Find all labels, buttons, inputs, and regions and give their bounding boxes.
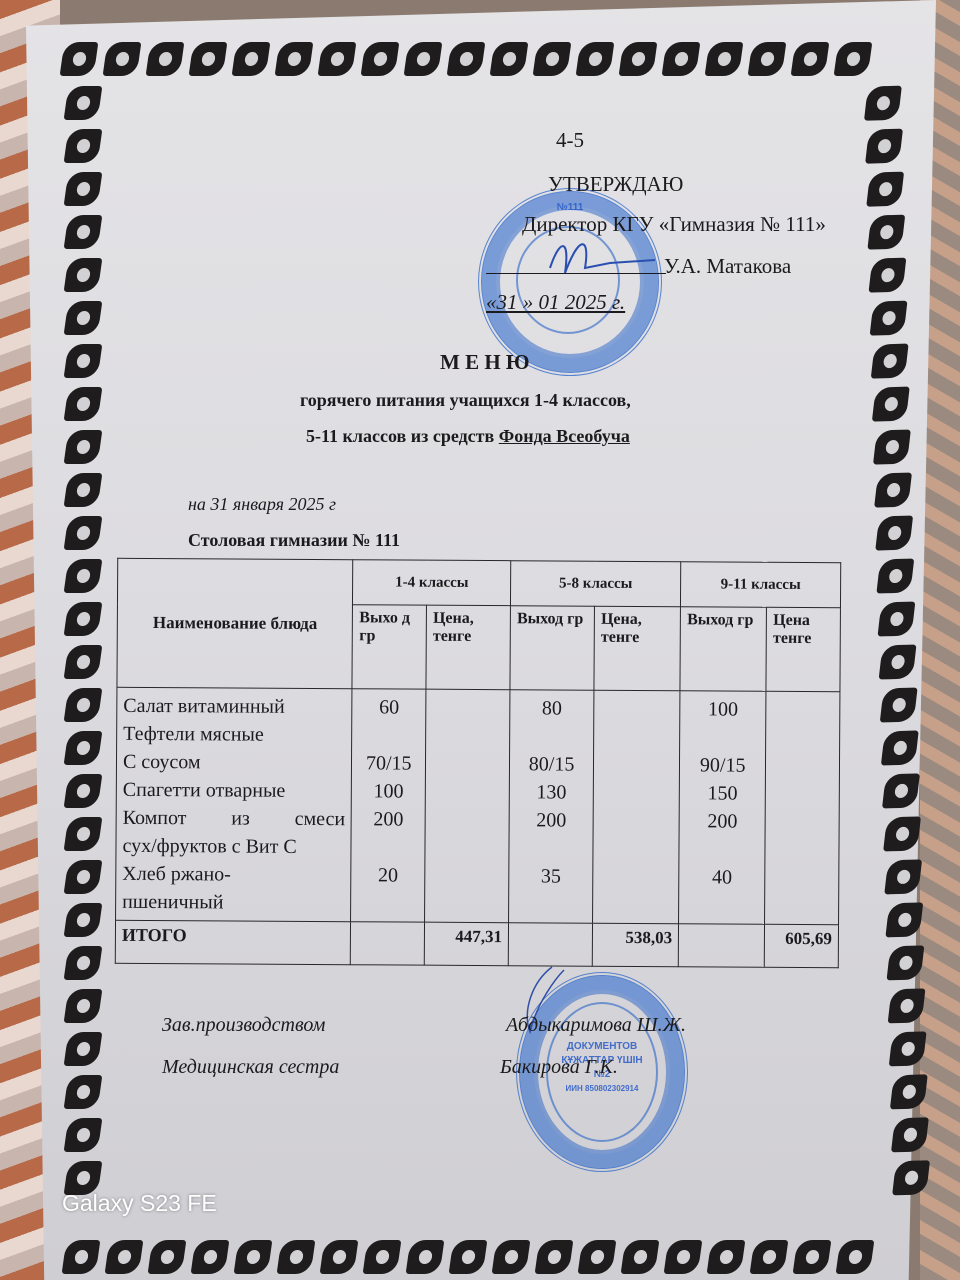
ornament-icon — [64, 559, 103, 593]
table-row-total: ИТОГО 447,31 538,03 605,69 — [115, 920, 838, 967]
yield-value: 150 — [686, 779, 759, 807]
ornament-icon — [64, 258, 103, 292]
ornament-icon — [64, 172, 103, 206]
signature-name-nurse: Бакирова Г.К. — [500, 1056, 618, 1079]
ornament-border-left — [66, 86, 100, 1195]
yield-value — [515, 890, 586, 918]
approval-name: У.А. Матакова — [664, 254, 791, 279]
total-label: ИТОГО — [115, 920, 351, 964]
ornament-icon — [864, 86, 902, 121]
yield-value: 100 — [686, 695, 759, 723]
yield-value — [686, 723, 759, 751]
ornament-icon — [64, 1032, 103, 1066]
ornament-icon — [64, 989, 103, 1023]
ornament-icon — [535, 1240, 574, 1274]
total-5-8: 538,03 — [592, 923, 678, 967]
ornament-icon — [60, 42, 99, 76]
yields-9-11: 100 90/15150200 40 — [679, 691, 767, 925]
ornament-icon — [64, 860, 103, 894]
ornament-icon — [885, 902, 923, 937]
menu-subtitle-1: горячего питания учащихся 1-4 классов, — [300, 390, 631, 411]
ornament-icon — [103, 42, 142, 76]
ornament-icon — [146, 42, 185, 76]
ornament-icon — [836, 1240, 875, 1274]
yield-value: 60 — [359, 693, 420, 721]
ornament-icon — [234, 1240, 273, 1274]
ornament-icon — [406, 1240, 445, 1274]
corner-note: 4-5 — [556, 128, 584, 153]
ornament-icon — [64, 1075, 103, 1109]
menu-date: на 31 января 2025 г — [188, 494, 336, 515]
ornament-icon — [64, 731, 103, 765]
ornament-icon — [662, 42, 701, 76]
ornament-icon — [64, 129, 103, 163]
header-yield-9-11: Выход гр — [680, 607, 767, 692]
yield-value — [686, 835, 759, 863]
yield-value: 200 — [516, 806, 587, 834]
ornament-icon — [404, 42, 443, 76]
header-group-9-11: 9-11 классы — [681, 562, 841, 608]
ornament-icon — [876, 559, 914, 594]
ornament-icon — [64, 602, 103, 636]
yield-value — [358, 889, 419, 917]
yield-value — [516, 722, 587, 750]
yield-value: 100 — [358, 777, 419, 805]
ornament-icon — [576, 42, 615, 76]
ornament-icon — [619, 42, 658, 76]
ornament-icon — [64, 430, 103, 464]
table-row-dishes: Салат витаминный Тефтели мясные С соусом… — [116, 687, 840, 924]
ornament-icon — [890, 1074, 928, 1109]
ornament-icon — [621, 1240, 660, 1274]
ornament-icon — [64, 473, 103, 507]
prices-5-8 — [593, 690, 681, 924]
yield-value: 35 — [515, 862, 586, 890]
ornament-icon — [361, 42, 400, 76]
ornament-icon — [881, 730, 919, 765]
ornament-icon — [870, 301, 908, 336]
prices-9-11 — [765, 691, 840, 924]
ornament-icon — [64, 817, 103, 851]
table-header-row: Наименование блюда 1-4 классы 5-8 классы… — [117, 558, 840, 607]
ornament-icon — [865, 129, 903, 164]
ornament-icon — [275, 42, 314, 76]
ornament-icon — [877, 602, 915, 637]
ornament-icon — [883, 816, 921, 851]
ornament-icon — [447, 42, 486, 76]
ornament-icon — [64, 946, 103, 980]
ornament-icon — [64, 1118, 103, 1152]
yields-1-4: 60 70/15100200 20 — [351, 689, 426, 922]
signature-line — [486, 273, 666, 274]
approval-position: Директор КГУ «Гимназия № 111» — [522, 212, 826, 237]
ornament-icon — [891, 1117, 929, 1152]
yield-value: 20 — [358, 861, 419, 889]
ornament-icon — [363, 1240, 402, 1274]
ornament-icon — [867, 215, 905, 250]
ornament-icon — [873, 430, 911, 465]
header-group-5-8: 5-8 классы — [511, 561, 681, 607]
fund-name: Фонда Всеобуча — [499, 426, 630, 446]
yield-value: 80 — [516, 694, 587, 722]
ornament-icon — [64, 645, 103, 679]
ornament-icon — [872, 387, 910, 422]
ornament-icon — [750, 1240, 789, 1274]
yield-value: 40 — [685, 863, 758, 891]
prices-1-4 — [425, 689, 510, 923]
ornament-icon — [490, 42, 529, 76]
ornament-icon — [189, 42, 228, 76]
ornament-icon — [64, 387, 103, 421]
ornament-icon — [748, 42, 787, 76]
menu-subtitle-2: 5-11 классов из средств Фонда Всеобуча — [306, 426, 630, 447]
ornament-icon — [148, 1240, 187, 1274]
ornament-icon — [868, 258, 906, 293]
ornament-icon — [232, 42, 271, 76]
ornament-icon — [64, 903, 103, 937]
ornament-icon — [320, 1240, 359, 1274]
ornament-icon — [318, 42, 357, 76]
ornament-icon — [874, 473, 912, 508]
ornament-icon — [888, 988, 926, 1023]
ornament-icon — [834, 42, 873, 76]
yield-value: 200 — [686, 807, 759, 835]
camera-watermark: Galaxy S23 FE — [62, 1190, 217, 1217]
signature-role-production: Зав.производством — [162, 1014, 325, 1037]
ornament-icon — [64, 215, 103, 249]
ornament-icon — [892, 1160, 930, 1195]
ornament-icon — [664, 1240, 703, 1274]
ornament-icon — [64, 344, 103, 378]
canteen-name: Столовая гимназии № 111 — [188, 530, 400, 551]
ornament-icon — [866, 172, 904, 207]
ornament-icon — [880, 687, 918, 722]
ornament-icon — [64, 774, 103, 808]
yield-value: 70/15 — [358, 749, 419, 777]
yield-value — [359, 721, 420, 749]
header-yield-5-8: Выход гр — [510, 606, 595, 691]
total-9-11: 605,69 — [765, 924, 839, 967]
ornament-icon — [887, 945, 925, 980]
ornament-icon — [889, 1031, 927, 1066]
ornament-icon — [62, 1240, 101, 1274]
header-group-1-4: 1-4 классы — [353, 560, 511, 606]
ornament-icon — [277, 1240, 316, 1274]
menu-table: Наименование блюда 1-4 классы 5-8 классы… — [115, 558, 841, 968]
ornament-icon — [882, 773, 920, 808]
yield-value: 200 — [358, 805, 419, 833]
ornament-icon — [705, 42, 744, 76]
ornament-border-top — [62, 42, 870, 76]
signature-name-production: Абдыкаримова Ш.Ж. — [506, 1014, 686, 1037]
yields-5-8: 80 80/15130200 35 — [509, 690, 594, 924]
approval-heading: УТВЕРЖДАЮ — [548, 172, 683, 197]
ornament-icon — [533, 42, 572, 76]
menu-title: М Е Н Ю — [440, 350, 530, 375]
yield-value — [516, 834, 587, 862]
ornament-icon — [64, 301, 103, 335]
ornament-icon — [191, 1240, 230, 1274]
header-price-9-11: Цена тенге — [766, 607, 840, 691]
header-price-1-4: Цена, тенге — [426, 605, 511, 690]
ornament-icon — [105, 1240, 144, 1274]
approval-date: «31 » 01 2025 г. — [486, 290, 625, 315]
ornament-icon — [793, 1240, 832, 1274]
ornament-icon — [707, 1240, 746, 1274]
ornament-icon — [492, 1240, 531, 1274]
ornament-icon — [884, 859, 922, 894]
yield-value: 80/15 — [516, 750, 587, 778]
header-price-5-8: Цена, тенге — [594, 606, 681, 691]
dish-list: Салат витаминный Тефтели мясные С соусом… — [116, 687, 353, 921]
ornament-icon — [449, 1240, 488, 1274]
yield-value: 90/15 — [686, 751, 759, 779]
total-1-4: 447,31 — [424, 922, 508, 966]
director-signature — [540, 228, 660, 288]
ornament-icon — [875, 516, 913, 551]
ornament-icon — [879, 644, 917, 679]
yield-value — [358, 833, 419, 861]
ornament-icon — [578, 1240, 617, 1274]
signature-role-nurse: Медицинская сестра — [162, 1056, 339, 1079]
ornament-icon — [871, 344, 909, 379]
yield-value: 130 — [516, 778, 587, 806]
yield-value — [685, 891, 758, 919]
ornament-icon — [64, 86, 103, 120]
header-yield-1-4: Выхо д гр — [352, 605, 426, 689]
ornament-border-bottom — [64, 1240, 872, 1274]
ornament-icon — [791, 42, 830, 76]
header-dish-name: Наименование блюда — [117, 558, 353, 688]
ornament-icon — [64, 688, 103, 722]
ornament-icon — [64, 516, 103, 550]
